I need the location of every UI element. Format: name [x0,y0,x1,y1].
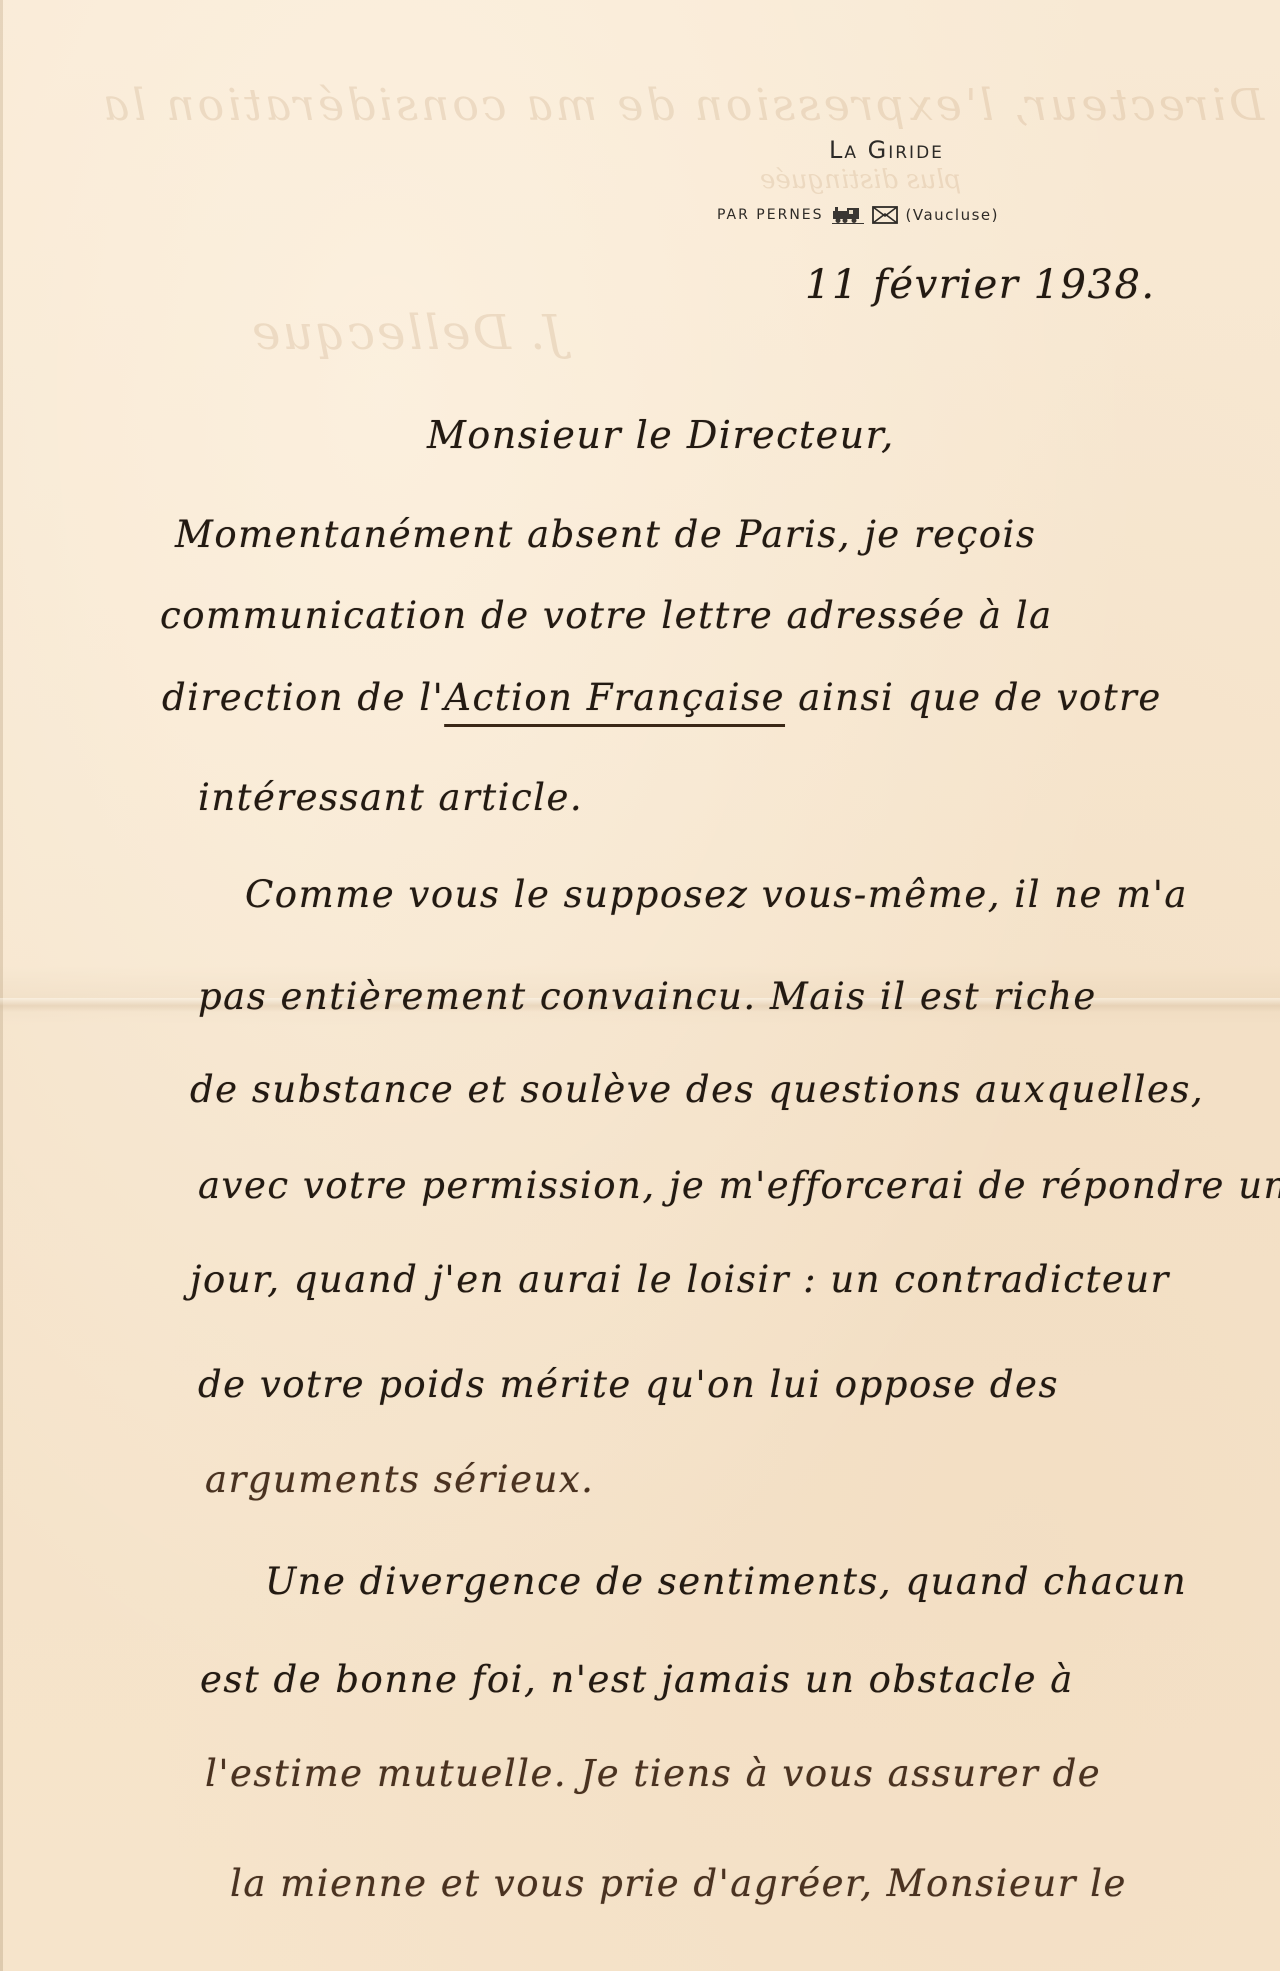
body-line: direction de l'Action Française ainsi qu… [162,676,1162,719]
envelope-icon [872,206,898,224]
showthrough-text-2: plus distinguée [760,165,961,195]
body-line: l'estime mutuelle. Je tiens à vous assur… [205,1752,1101,1795]
body-line: jour, quand j'en aurai le loisir : un co… [190,1258,1170,1301]
letter-date: 11 février 1938. [805,262,1156,308]
body-line: intéressant article. [198,776,583,819]
letterhead-address: par Pernes (Vaucluse) [717,206,999,224]
body-line: de votre poids mérite qu'on lui oppose d… [198,1363,1059,1406]
letterhead-name: La Giride [829,136,944,164]
newspaper-title: Action Française [444,676,785,719]
body-line: pas entièrement convaincu. Mais il est r… [198,975,1097,1018]
letter-page: Directeur, l'expression de ma considérat… [0,0,1280,1971]
body-text: ainsi que de votre [785,676,1162,719]
body-line: Une divergence de sentiments, quand chac… [265,1560,1187,1603]
body-line: de substance et soulève des questions au… [190,1068,1204,1111]
salutation: Monsieur le Directeur, [427,413,895,457]
showthrough-text-1: Directeur, l'expression de ma considérat… [100,80,1264,131]
letterhead-town: par Pernes [717,207,824,223]
paper-edge [0,0,3,1971]
body-line: est de bonne foi, n'est jamais un obstac… [200,1658,1074,1701]
train-icon [832,206,864,224]
body-line: avec votre permission, je m'efforcerai d… [198,1164,1280,1207]
body-line: Momentanément absent de Paris, je reçois [175,513,1036,556]
letterhead-region: (Vaucluse) [906,206,999,224]
body-line: Comme vous le supposez vous-même, il ne … [245,873,1188,916]
body-line: communication de votre lettre adressée à… [160,594,1053,637]
body-line: la mienne et vous prie d'agréer, Monsieu… [230,1862,1127,1905]
body-line: arguments sérieux. [205,1458,594,1501]
showthrough-signature: J. Dellecque [250,305,563,361]
body-text: direction de l' [162,676,444,719]
